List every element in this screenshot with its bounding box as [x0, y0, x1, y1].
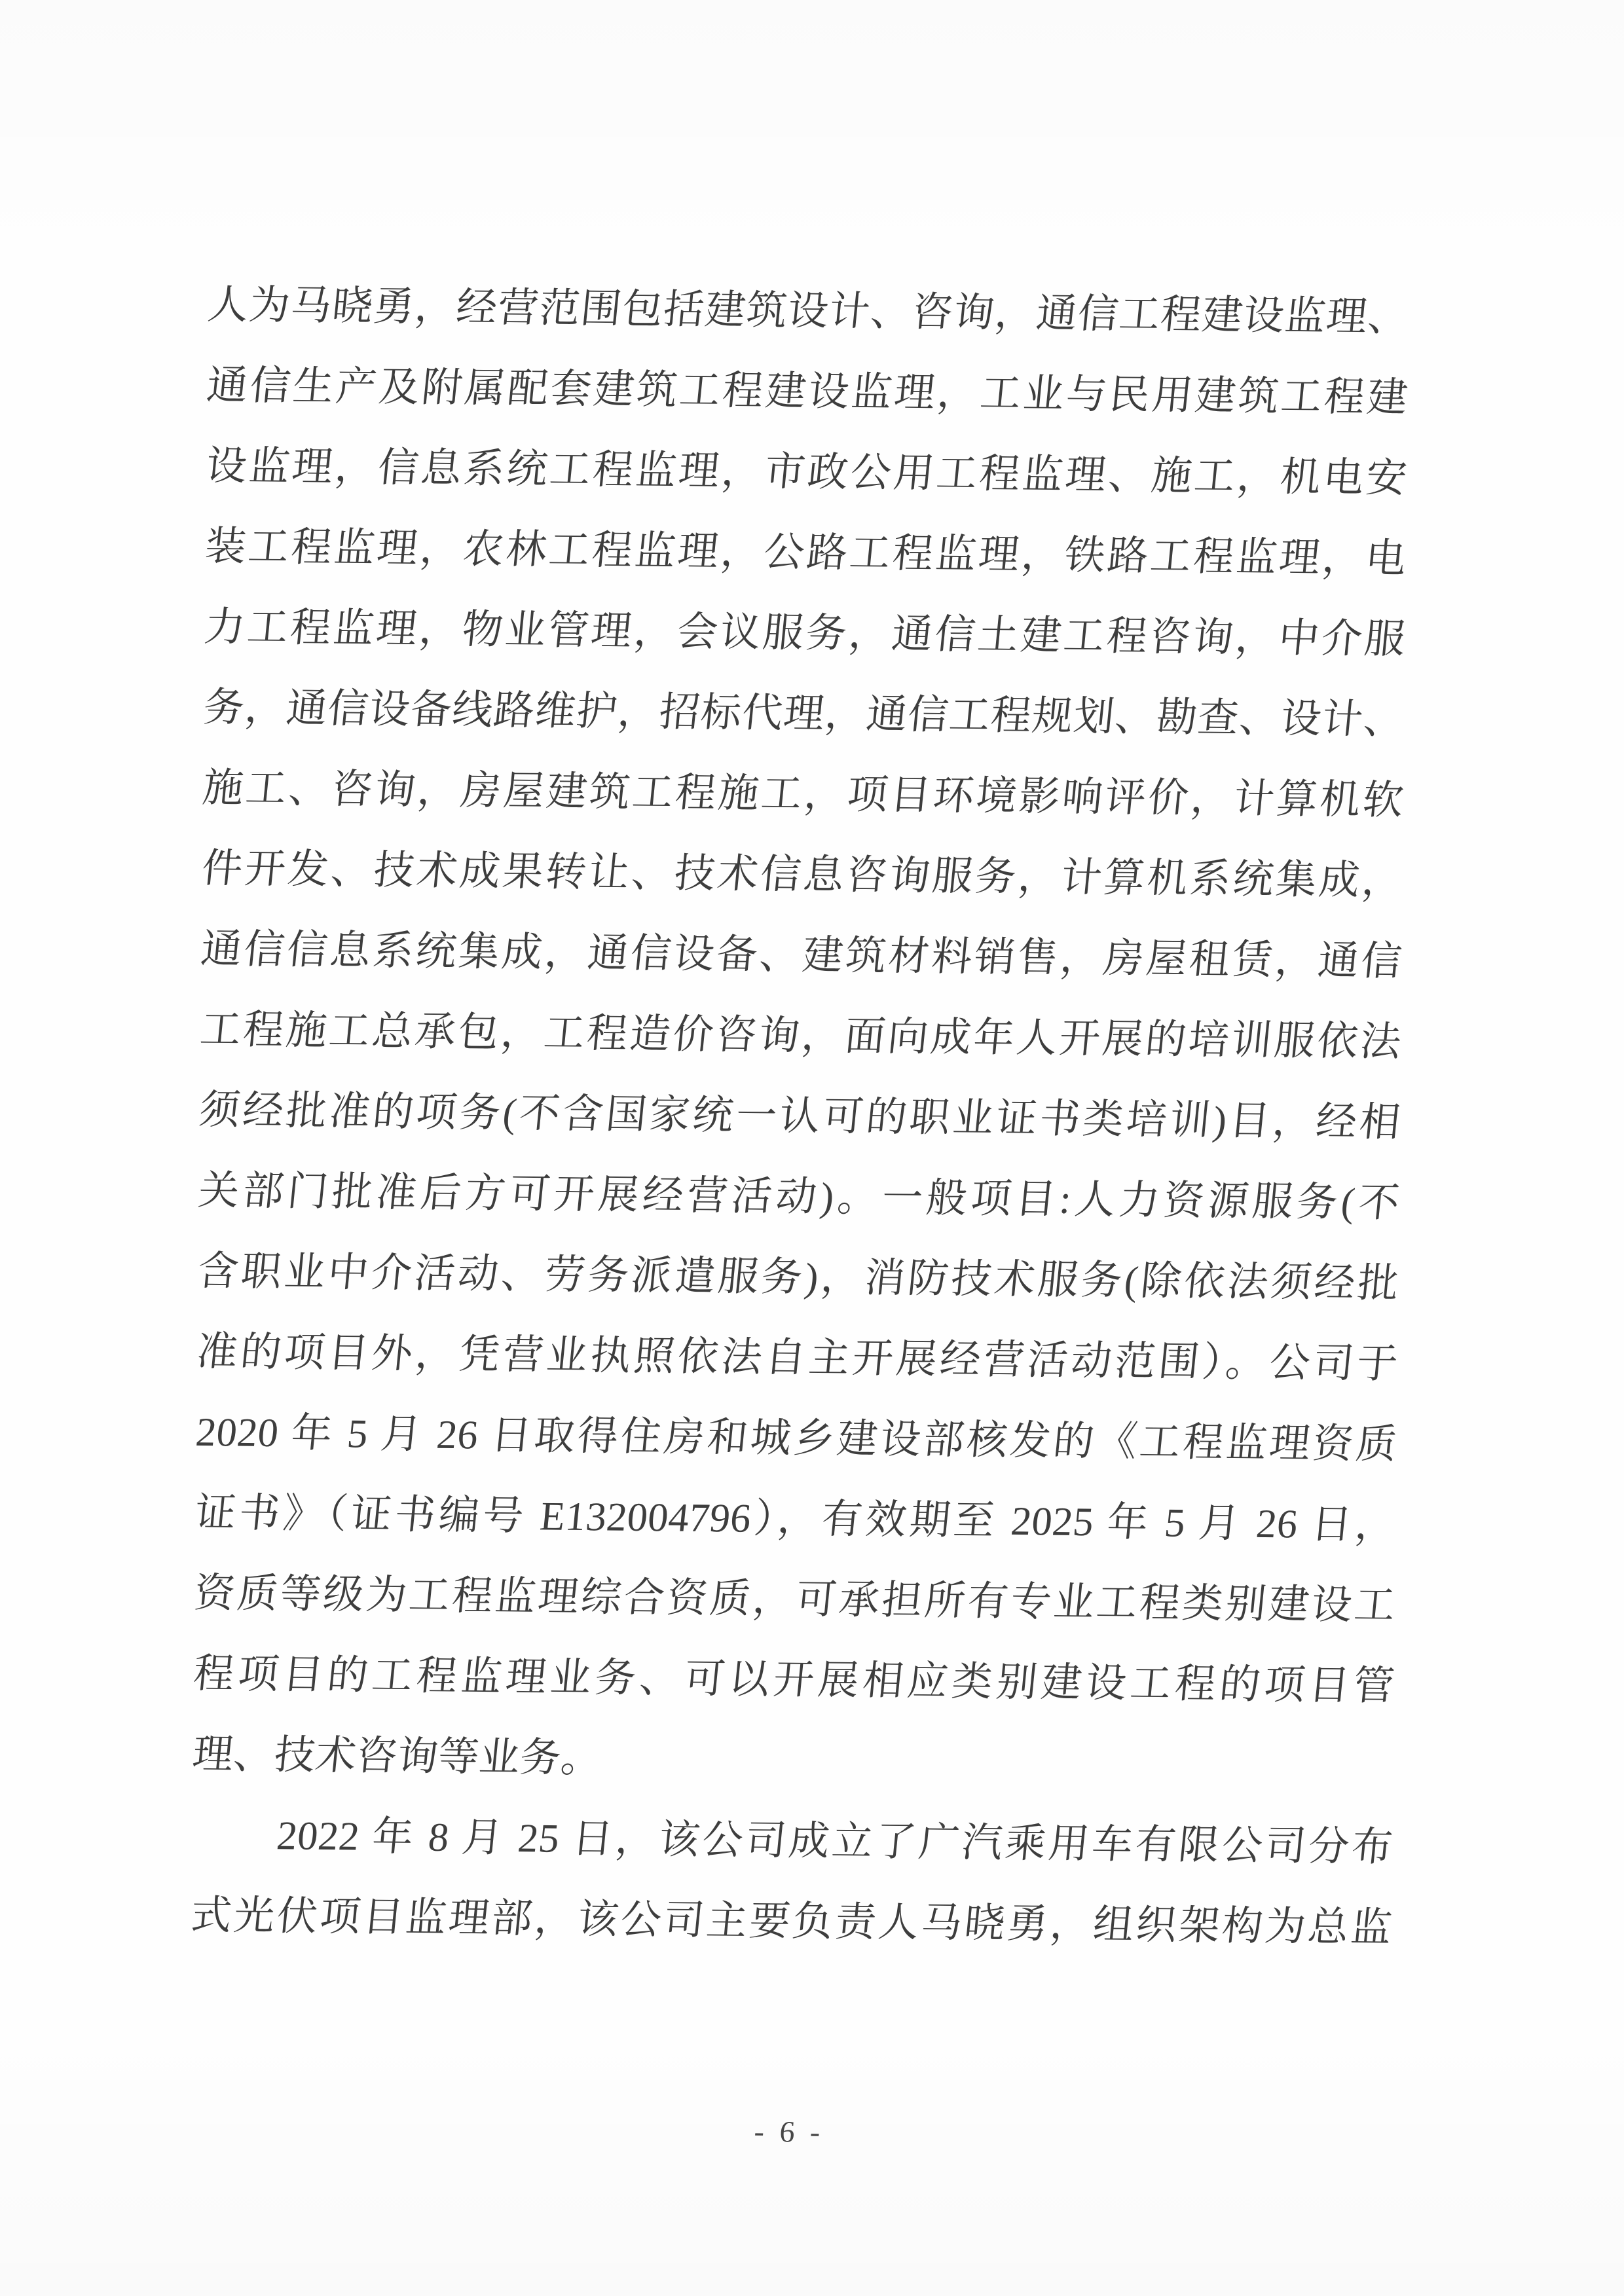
text-line: 施工、咨询，房屋建筑工程施工，项目环境影响评价，计算机软	[199, 748, 1408, 841]
page-sheet: 人为马晓勇，经营范围包括建筑设计、咨询，通信工程建设监理、 通信生产及附属配套建…	[0, 0, 1624, 2296]
text-line: 件开发、技术成果转让、技术信息咨询服务，计算机系统集成，	[198, 829, 1407, 922]
document-body: 人为马晓勇，经营范围包括建筑设计、咨询，通信工程建设监理、 通信生产及附属配套建…	[191, 265, 1409, 1969]
text-line: 资质等级为工程监理综合资质，可承担所有专业工程类别建设工	[191, 1554, 1399, 1647]
text-line: 准的项目外，凭营业执照依法自主开展经营活动范围）。公司于	[193, 1312, 1402, 1405]
text-line: 务，通信设备线路维护，招标代理，通信工程规划、勘查、设计、	[200, 668, 1409, 761]
text-line paragraph-end: 理、技术咨询等业务。	[189, 1715, 1397, 1808]
text-line: 通信生产及附属配套建筑工程建设监理，工业与民用建筑工程建	[203, 346, 1412, 439]
text-line: 通信信息系统集成，通信设备、建筑材料销售，房屋租赁，通信	[197, 909, 1406, 1002]
text-line: 装工程监理，农林工程监理，公路工程监理，铁路工程监理，电	[201, 507, 1410, 600]
text-line: 工程施工总承包，工程造价咨询，面向成年人开展的培训服依法	[196, 990, 1405, 1083]
text-line: 关部门批准后方可开展经营活动)。一般项目:人力资源服务(不	[194, 1151, 1403, 1244]
page-number: - 6 -	[187, 2108, 1391, 2155]
text-line: 式光伏项目监理部，该公司主要负责人马晓勇，组织架构为总监	[187, 1876, 1396, 1969]
text-line: 设监理，信息系统工程监理，市政公用工程监理、施工，机电安	[202, 426, 1411, 519]
text-line: 证书》（证书编号 E132004796），有效期至 2025 年 5 月 26 …	[191, 1473, 1400, 1566]
text-line paragraph-start: 2022 年 8 月 25 日，该公司成立了广汽乘用车有限公司分布	[188, 1795, 1397, 1888]
text-line: 须经批准的项务(不含国家统一认可的职业证书类培训)目，经相	[195, 1070, 1404, 1163]
text-line: 程项目的工程监理业务、可以开展相应类别建设工程的项目管	[189, 1634, 1398, 1727]
text-line: 2020 年 5 月 26 日取得住房和城乡建设部核发的《工程监理资质	[192, 1393, 1401, 1485]
text-line: 人为马晓勇，经营范围包括建筑设计、咨询，通信工程建设监理、	[204, 265, 1412, 358]
text-line: 力工程监理，物业管理，会议服务，通信土建工程咨询，中介服	[200, 587, 1409, 680]
text-line: 含职业中介活动、劳务派遣服务)，消防技术服务(除依法须经批	[194, 1231, 1403, 1324]
